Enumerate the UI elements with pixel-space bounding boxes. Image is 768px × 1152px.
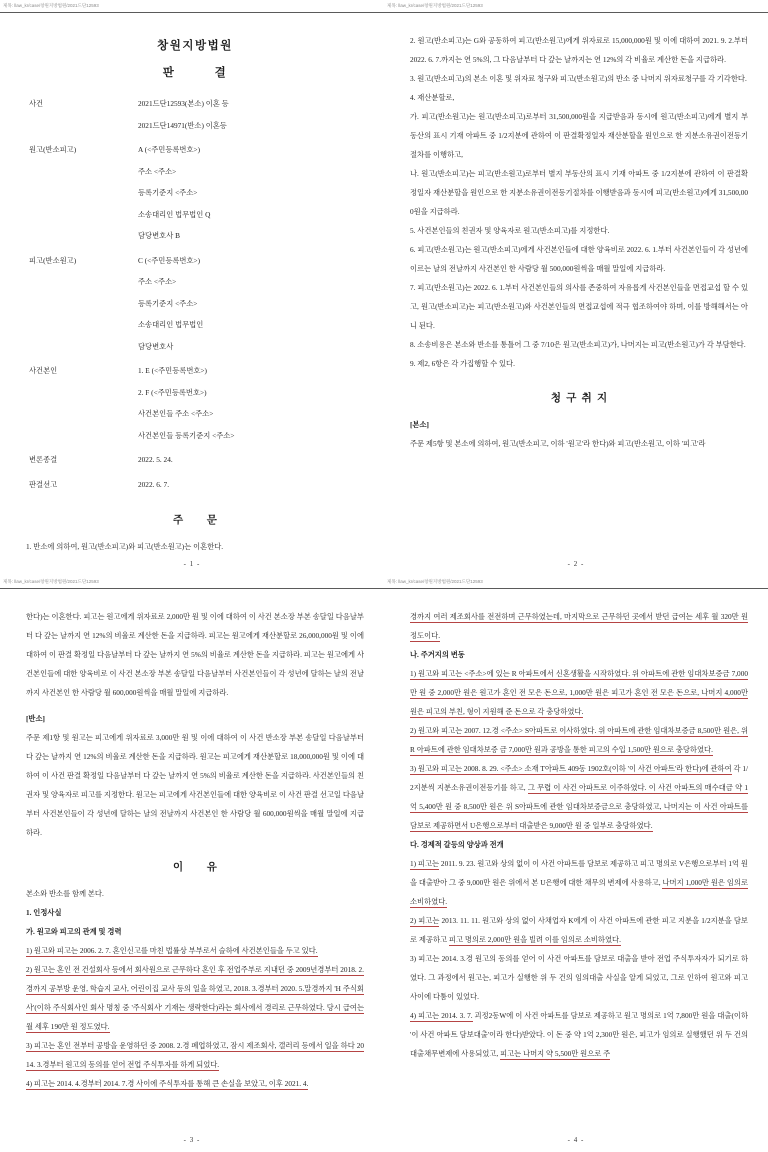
text-segment: 본소와 반소를 함께 본다. bbox=[26, 889, 104, 898]
text-segment: 1. 인정사실 bbox=[26, 908, 62, 917]
section-heading: 창원지방법원 bbox=[26, 39, 364, 54]
paragraph: 3) 피고는 혼인 전부터 공방을 운영하던 중 2008. 2.경 폐업하였고… bbox=[26, 1036, 364, 1074]
paragraph: [본소] bbox=[410, 415, 748, 434]
red-underlined-text: 1) 원고와 피고는 2006. 2. 7. 혼인신고를 마친 법률상 부부로서… bbox=[26, 946, 318, 957]
page-2: 제목: llaw_kr/case/창원지방법원/2021드단12593 2. 원… bbox=[384, 0, 768, 576]
paragraph: 2) 원고와 피고는 2007. 12.경 <주소> S아파트로 이사하였다. … bbox=[410, 721, 748, 759]
red-underlined-text: 3) 원고와 피고는 2008. 8. 29. <주소> 소재 T아파트 409… bbox=[410, 764, 732, 775]
paragraph: 3) 원고와 피고는 2008. 8. 29. <주소> 소재 T아파트 409… bbox=[410, 759, 748, 835]
text-segment: 5. 사건본인들의 친권자 및 양육자로 원고(반소피고)를 지정한다. bbox=[410, 226, 609, 235]
page-header-url: 제목: llaw_kr/case/창원지방법원/2021드단12593 bbox=[0, 576, 384, 589]
text-segment: 다. 경제적 갈등의 양상과 전개 bbox=[410, 840, 504, 849]
paragraph: 나. 원고(반소피고)는 피고(반소원고)로부터 별지 부동산의 표시 기재 아… bbox=[410, 164, 748, 221]
text-segment: 2. 원고(반소피고)는 G와 공동하여 피고(반소원고)에게 위자료로 15,… bbox=[410, 36, 748, 64]
document-sheet: 제목: llaw_kr/case/창원지방법원/2021드단12593 창원지방… bbox=[0, 0, 768, 1152]
red-underlined-text: 1) 원고와 피고는 <주소>에 있는 R 아파트에서 신혼생활을 시작하였다.… bbox=[410, 669, 748, 718]
field-value-line: 담당변호사 B bbox=[138, 225, 364, 247]
field-value-line: 1. E (<주민등록번호>) bbox=[138, 360, 364, 382]
page-3: 제목: llaw_kr/case/창원지방법원/2021드단12593 한다)는… bbox=[0, 576, 384, 1152]
red-underlined-text: 피고는 나머지 약 5,500만 원으로 주 bbox=[500, 1049, 610, 1060]
paragraph: 1) 원고와 피고는 2006. 2. 7. 혼인신고를 마친 법률상 부부로서… bbox=[26, 941, 364, 960]
field-label: 원고(반소피고) bbox=[26, 139, 138, 247]
paragraph: 2. 원고(반소피고)는 G와 공동하여 피고(반소원고)에게 위자료로 15,… bbox=[410, 31, 748, 69]
field-row: 피고(반소원고)C (<주민등록번호>)주소 <주소>등록기준지 <주소>소송대… bbox=[26, 250, 364, 358]
section-heading: 청 구 취 지 bbox=[410, 390, 748, 408]
field-value-line: A (<주민등록번호>) bbox=[138, 139, 364, 161]
field-value-line: 담당변호사 bbox=[138, 336, 364, 358]
field-value-line: 소송대리인 법무법인 Q bbox=[138, 204, 364, 226]
page-4: 제목: llaw_kr/case/창원지방법원/2021드단12593 경까지 … bbox=[384, 576, 768, 1152]
paragraph: 7. 피고(반소원고)는 2022. 6. 1.부터 사건본인들의 의사를 존중… bbox=[410, 278, 748, 335]
page-number: - 3 - bbox=[0, 1136, 384, 1144]
page-content: 창원지방법원판 결사건2021드단12593(본소) 이혼 등2021드단149… bbox=[0, 13, 384, 552]
text-segment: 나. 원고(반소피고)는 피고(반소원고)로부터 별지 부동산의 표시 기재 아… bbox=[410, 169, 748, 216]
page-header-url: 제목: llaw_kr/case/창원지방법원/2021드단12593 bbox=[0, 0, 384, 13]
paragraph: 본소와 반소를 함께 본다. bbox=[26, 884, 364, 903]
field-values: C (<주민등록번호>)주소 <주소>등록기준지 <주소>소송대리인 법무법인담… bbox=[138, 250, 364, 358]
page-header-url: 제목: llaw_kr/case/창원지방법원/2021드단12593 bbox=[384, 0, 768, 13]
field-values: 2021드단12593(본소) 이혼 등2021드단14971(반소) 이혼등 bbox=[138, 93, 364, 136]
field-value-line: 등록기준지 <주소> bbox=[138, 293, 364, 315]
paragraph: 2) 피고는 2013. 11. 11. 원고와 상의 없이 사채업자 K에게 … bbox=[410, 911, 748, 949]
field-value-line: 등록기준지 <주소> bbox=[138, 182, 364, 204]
field-values: 2022. 5. 24. bbox=[138, 449, 364, 471]
page-number: - 2 - bbox=[384, 560, 768, 568]
red-underlined-text: 1) 피고는 bbox=[410, 859, 439, 870]
section-heading: 판 결 bbox=[26, 66, 364, 81]
field-label: 사건 bbox=[26, 93, 138, 136]
field-row: 사건본인1. E (<주민등록번호>)2. F (<주민등록번호>)사건본인들 … bbox=[26, 360, 364, 446]
paragraph: 9. 제2, 6항은 각 가집행할 수 있다. bbox=[410, 354, 748, 373]
text-segment: 한다)는 이혼한다. 피고는 원고에게 위자료로 2,000만 원 및 이에 대… bbox=[26, 612, 364, 697]
field-value-line: 2022. 6. 7. bbox=[138, 474, 364, 496]
red-underlined-text: 2) 피고는 bbox=[410, 916, 439, 927]
paragraph: 주문 제1항 및 원고는 피고에게 위자료로 3,000만 원 및 이에 대하여… bbox=[26, 728, 364, 842]
paragraph: 4) 피고는 2014. 4.경부터 2014. 7.경 사이에 주식투자를 통… bbox=[26, 1074, 364, 1093]
field-label: 사건본인 bbox=[26, 360, 138, 446]
paragraph: 가. 원고와 피고의 관계 및 경력 bbox=[26, 922, 364, 941]
red-underlined-text: 4) 피고는 2014. 3. 7. bbox=[410, 1011, 473, 1022]
text-segment: 7. 피고(반소원고)는 2022. 6. 1.부터 사건본인들의 의사를 존중… bbox=[410, 283, 748, 330]
field-value-line: 2021드단14971(반소) 이혼등 bbox=[138, 115, 364, 137]
paragraph: 주문 제5항 및 본소에 의하여, 원고(반소피고, 이하 '원고'라 한다)와… bbox=[410, 434, 748, 453]
section-heading: 주 문 bbox=[26, 512, 364, 530]
field-values: A (<주민등록번호>)주소 <주소>등록기준지 <주소>소송대리인 법무법인 … bbox=[138, 139, 364, 247]
text-segment: 9. 제2, 6항은 각 가집행할 수 있다. bbox=[410, 359, 515, 368]
paragraph: 8. 소송비용은 본소와 반소를 통틀어 그 중 7/10은 원고(반소피고)가… bbox=[410, 335, 748, 354]
red-underlined-text: 3) 피고는 혼인 전부터 공방을 운영하던 중 2008. 2.경 폐업하였고… bbox=[26, 1041, 364, 1071]
field-row: 판결선고2022. 6. 7. bbox=[26, 474, 364, 496]
text-segment: 주문 제1항 및 원고는 피고에게 위자료로 3,000만 원 및 이에 대하여… bbox=[26, 733, 364, 837]
text-segment: 1. 반소에 의하여, 원고(반소피고)와 피고(반소원고)는 이혼한다. bbox=[26, 542, 223, 551]
paragraph: 1. 반소에 의하여, 원고(반소피고)와 피고(반소원고)는 이혼한다. bbox=[26, 537, 364, 552]
paragraph: 3. 원고(반소피고)의 본소 이혼 및 위자료 청구와 피고(반소원고)의 반… bbox=[410, 69, 748, 88]
text-segment: 3. 원고(반소피고)의 본소 이혼 및 위자료 청구와 피고(반소원고)의 반… bbox=[410, 74, 747, 83]
field-value-line: C (<주민등록번호>) bbox=[138, 250, 364, 272]
red-underlined-text: 2) 원고와 피고는 2007. 12.경 <주소> S아파트로 이사하였다. … bbox=[410, 726, 748, 756]
field-row: 변론종결2022. 5. 24. bbox=[26, 449, 364, 471]
field-value-line: 소송대리인 법무법인 bbox=[138, 314, 364, 336]
paragraph: 한다)는 이혼한다. 피고는 원고에게 위자료로 2,000만 원 및 이에 대… bbox=[26, 607, 364, 702]
text-segment: 4. 재산분할로, bbox=[410, 93, 454, 102]
field-value-line: 2021드단12593(본소) 이혼 등 bbox=[138, 93, 364, 115]
paragraph: 1. 인정사실 bbox=[26, 903, 364, 922]
field-label: 변론종결 bbox=[26, 449, 138, 471]
paragraph: 3) 피고는 2014. 3.경 원고의 동의를 얻어 이 사건 아파트를 담보… bbox=[410, 949, 748, 1006]
text-segment: 3) 피고는 2014. 3.경 원고의 동의를 얻어 이 사건 아파트를 담보… bbox=[410, 954, 748, 1001]
page-content: 경까지 여러 제조회사를 전전하며 근무하였는데, 마지막으로 근무하던 곳에서… bbox=[384, 589, 768, 1128]
red-underlined-text: 경까지 여러 제조회사를 전전하며 근무하였는데, 마지막으로 근무하던 곳에서… bbox=[410, 612, 748, 642]
paragraph: 5. 사건본인들의 친권자 및 양육자로 원고(반소피고)를 지정한다. bbox=[410, 221, 748, 240]
field-row: 사건2021드단12593(본소) 이혼 등2021드단14971(반소) 이혼… bbox=[26, 93, 364, 136]
paragraph: 4) 피고는 2014. 3. 7. 괴정2동W에 이 사건 아파트를 담보로 … bbox=[410, 1006, 748, 1063]
paragraph: 다. 경제적 갈등의 양상과 전개 bbox=[410, 835, 748, 854]
field-value-line: 주소 <주소> bbox=[138, 271, 364, 293]
text-segment: 주문 제5항 및 본소에 의하여, 원고(반소피고, 이하 '원고'라 한다)와… bbox=[410, 439, 706, 448]
page-1: 제목: llaw_kr/case/창원지방법원/2021드단12593 창원지방… bbox=[0, 0, 384, 576]
paragraph: 나. 주거지의 변동 bbox=[410, 645, 748, 664]
text-segment: [반소] bbox=[26, 714, 45, 723]
field-value-line: 사건본인들 등록기준지 <주소> bbox=[138, 425, 364, 447]
paragraph: 1) 피고는 2011. 9. 23. 원고와 상의 없이 이 사건 아파트를 … bbox=[410, 854, 748, 911]
text-segment: [본소] bbox=[410, 420, 429, 429]
paragraph: 경까지 여러 제조회사를 전전하며 근무하였는데, 마지막으로 근무하던 곳에서… bbox=[410, 607, 748, 645]
field-values: 1. E (<주민등록번호>)2. F (<주민등록번호>)사건본인들 주소 <… bbox=[138, 360, 364, 446]
paragraph: 2) 원고는 혼인 전 건설회사 등에서 회사원으로 근무하다 혼인 후 전업주… bbox=[26, 960, 364, 1036]
page-number: - 4 - bbox=[384, 1136, 768, 1144]
field-row: 원고(반소피고)A (<주민등록번호>)주소 <주소>등록기준지 <주소>소송대… bbox=[26, 139, 364, 247]
text-segment: 가. 원고와 피고의 관계 및 경력 bbox=[26, 927, 122, 936]
paragraph: 6. 피고(반소원고)는 원고(반소피고)에게 사건본인들에 대한 양육비로 2… bbox=[410, 240, 748, 278]
text-segment: 나. 주거지의 변동 bbox=[410, 650, 465, 659]
paragraph: 4. 재산분할로, bbox=[410, 88, 748, 107]
field-value-line: 2. F (<주민등록번호>) bbox=[138, 382, 364, 404]
paragraph: [반소] bbox=[26, 709, 364, 728]
field-value-line: 주소 <주소> bbox=[138, 161, 364, 183]
page-number: - 1 - bbox=[0, 560, 384, 568]
red-underlined-text: 4) 피고는 2014. 4.경부터 2014. 7.경 사이에 주식투자를 통… bbox=[26, 1079, 308, 1090]
page-content: 2. 원고(반소피고)는 G와 공동하여 피고(반소원고)에게 위자료로 15,… bbox=[384, 13, 768, 552]
red-underlined-text: 피고 명의로 2,000만 원을 빌려 이를 임의로 소비하였다. bbox=[449, 935, 621, 946]
field-value-line: 2022. 5. 24. bbox=[138, 449, 364, 471]
paragraph: 1) 원고와 피고는 <주소>에 있는 R 아파트에서 신혼생활을 시작하였다.… bbox=[410, 664, 748, 721]
section-heading: 이 유 bbox=[26, 859, 364, 877]
paragraph: 가. 피고(반소원고)는 원고(반소피고)로부터 31,500,000원을 지급… bbox=[410, 107, 748, 164]
text-segment: 8. 소송비용은 본소와 반소를 통틀어 그 중 7/10은 원고(반소피고)가… bbox=[410, 340, 746, 349]
field-values: 2022. 6. 7. bbox=[138, 474, 364, 496]
field-label: 피고(반소원고) bbox=[26, 250, 138, 358]
page-content: 한다)는 이혼한다. 피고는 원고에게 위자료로 2,000만 원 및 이에 대… bbox=[0, 589, 384, 1128]
text-segment: 6. 피고(반소원고)는 원고(반소피고)에게 사건본인들에 대한 양육비로 2… bbox=[410, 245, 748, 273]
field-label: 판결선고 bbox=[26, 474, 138, 496]
red-underlined-text: 2) 원고는 혼인 전 건설회사 등에서 회사원으로 근무하다 혼인 후 전업주… bbox=[26, 965, 364, 1033]
field-value-line: 사건본인들 주소 <주소> bbox=[138, 403, 364, 425]
text-segment: 가. 피고(반소원고)는 원고(반소피고)로부터 31,500,000원을 지급… bbox=[410, 112, 748, 159]
page-header-url: 제목: llaw_kr/case/창원지방법원/2021드단12593 bbox=[384, 576, 768, 589]
